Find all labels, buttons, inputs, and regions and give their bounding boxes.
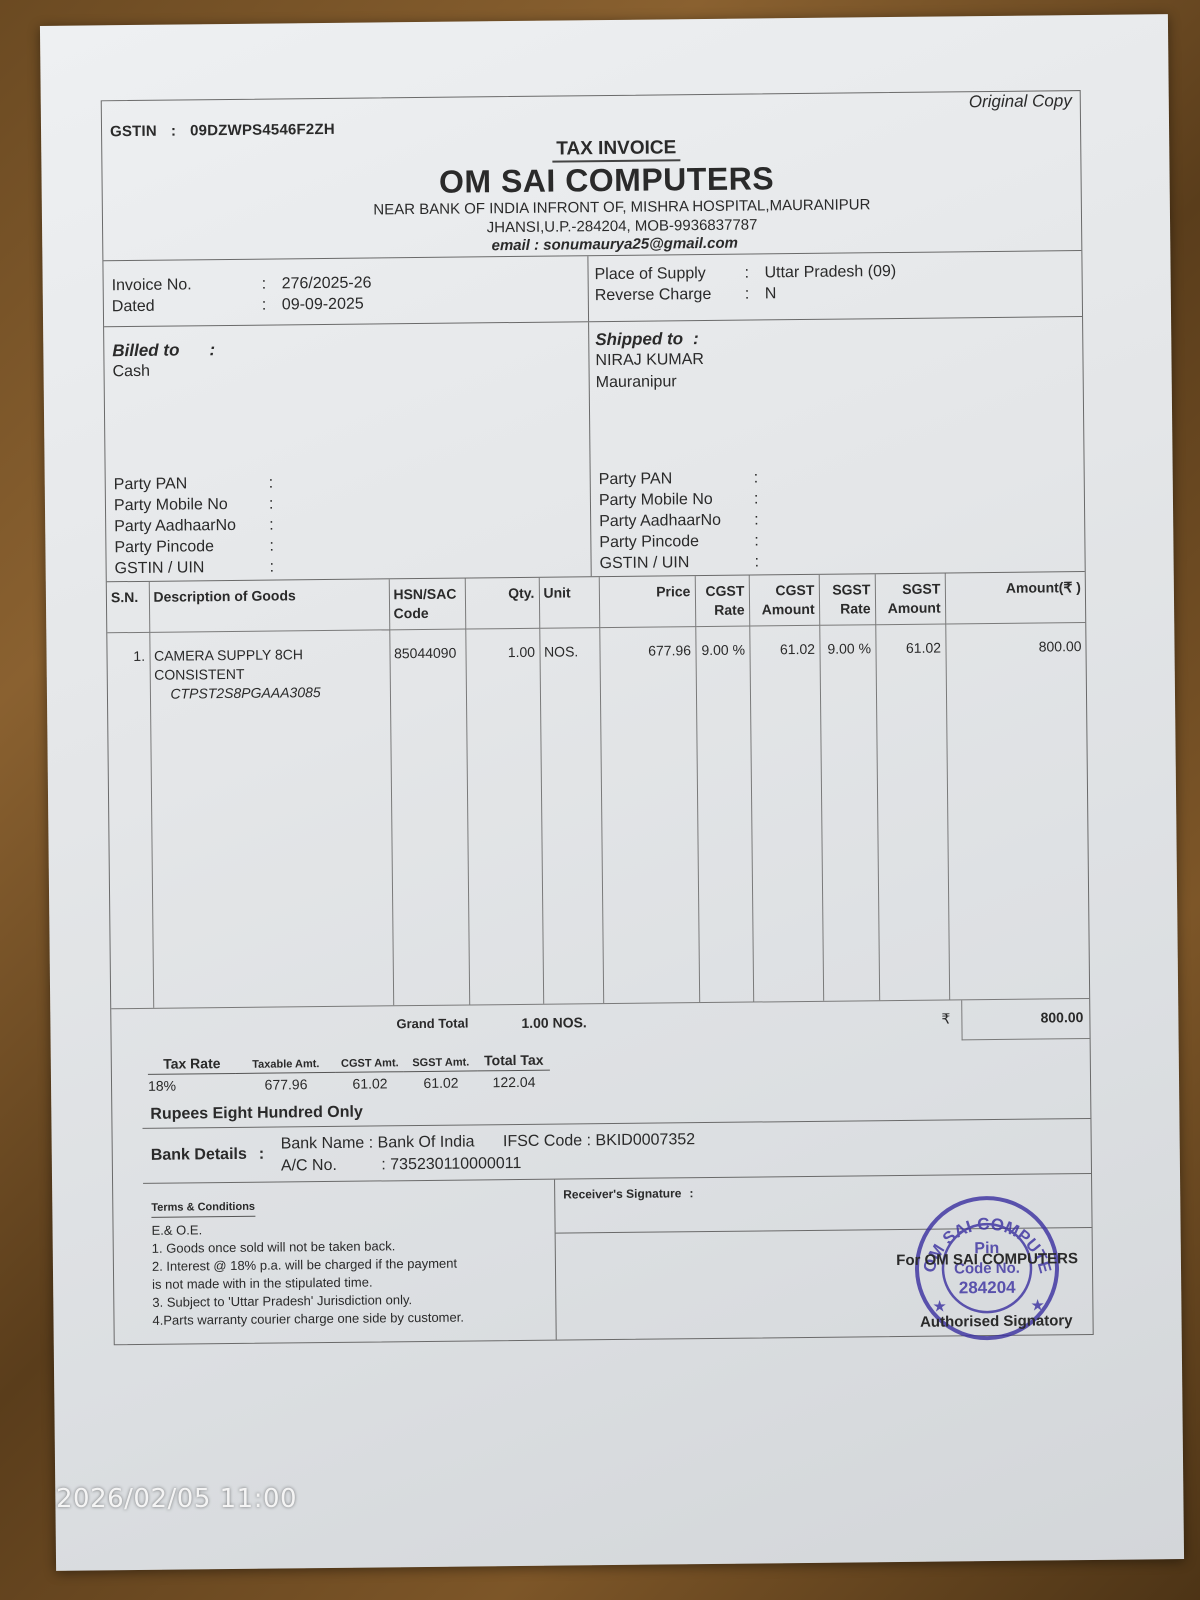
party-field: Party PAN: xyxy=(114,472,289,495)
table-row: 1. CAMERA SUPPLY 8CH CONSISTENT CTPST2S8… xyxy=(107,623,1089,1008)
party-field: Party Pincode: xyxy=(599,530,774,553)
col-price: Price xyxy=(599,576,696,628)
account-row: A/C No. : 735230110000011 xyxy=(281,1151,696,1177)
colon: : xyxy=(754,488,774,509)
colon: : xyxy=(754,509,774,530)
colon: : xyxy=(269,472,289,493)
col-sgst-rate: SGSTRate xyxy=(819,574,876,625)
col-unit: Unit xyxy=(539,577,600,628)
col-sn: S.N. xyxy=(107,582,150,633)
bank-details: Bank Details: Bank Name : Bank Of India … xyxy=(142,1118,1091,1184)
terms-list: 1. Goods once sold will not be taken bac… xyxy=(152,1235,548,1329)
grand-total-amount: 800.00 xyxy=(961,999,1089,1040)
authorised-signatory: Authorised Signatory xyxy=(920,1312,1073,1331)
item-price: 677.96 xyxy=(599,627,699,1003)
col-cgst-rate: CGSTRate xyxy=(695,576,750,627)
colon: : xyxy=(270,556,290,577)
col-cgst-amount: CGSTAmount xyxy=(749,575,820,626)
invoice-date-label: Dated xyxy=(112,295,262,318)
place-of-supply-label: Place of Supply xyxy=(594,263,744,286)
invoice-number-label: Invoice No. xyxy=(112,274,262,297)
gstin-label: GSTIN xyxy=(110,123,157,140)
item-unit: NOS. xyxy=(539,628,603,1004)
ifsc-code: BKID0007352 xyxy=(595,1131,695,1149)
invoice-meta-right: Place of Supply : Uttar Pradesh (09) Rev… xyxy=(588,251,1082,321)
party-field-label: Party Mobile No xyxy=(114,494,269,517)
rupee-icon: ₹ xyxy=(941,1010,950,1027)
party-field: Party Mobile No: xyxy=(599,488,774,511)
terms-item: 4.Parts warranty courier charge one side… xyxy=(152,1307,547,1329)
invoice-paper: GSTIN:09DZWPS4546F2ZH Original Copy TAX … xyxy=(40,14,1184,1571)
item-sgst-rate: 9.00 % xyxy=(819,625,879,1001)
colon: : xyxy=(744,262,764,283)
colon: : xyxy=(262,273,282,294)
party-field: Party AadhaarNo: xyxy=(599,509,774,532)
billed-to-fields: Party PAN:Party Mobile No:Party AadhaarN… xyxy=(114,472,290,579)
invoice-meta: Invoice No. : 276/2025-26 Dated : 09-09-… xyxy=(103,251,1082,327)
colon: : xyxy=(262,294,282,315)
item-serial: CTPST2S8PGAAA3085 xyxy=(154,682,385,703)
shipped-to-place: Mauranipur xyxy=(596,367,1077,394)
party-field: Party AadhaarNo: xyxy=(114,514,289,537)
colon: : xyxy=(693,329,699,348)
tax-summary-header: CGST Amt. xyxy=(336,1057,404,1073)
invoice-footer: Terms & Conditions E.& O.E. 1. Goods onc… xyxy=(143,1174,1093,1344)
bank-name: Bank Of India xyxy=(378,1133,475,1151)
invoice-number: 276/2025-26 xyxy=(282,272,372,294)
bank-lines: Bank Name : Bank Of India IFSC Code : BK… xyxy=(281,1129,696,1177)
amount-in-words: Rupees Eight Hundred Only xyxy=(150,1103,363,1123)
tax-summary-header: Taxable Amt. xyxy=(236,1057,336,1073)
invoice-header: GSTIN:09DZWPS4546F2ZH Original Copy TAX … xyxy=(102,91,1082,261)
item-cgst-rate: 9.00 % xyxy=(695,626,753,1002)
party-field-label: Party PAN xyxy=(599,467,754,490)
tax-summary-header: Total Tax xyxy=(478,1051,550,1071)
item-sgst-amount: 61.02 xyxy=(875,624,949,1000)
col-hsn: HSN/SACCode xyxy=(389,579,466,630)
col-qty: Qty. xyxy=(465,578,540,629)
gstin-value: 09DZWPS4546F2ZH xyxy=(190,121,335,140)
reverse-charge-label: Reverse Charge xyxy=(595,284,745,307)
reverse-charge: N xyxy=(765,283,777,304)
photo-timestamp: 2026/02/05 11:00 xyxy=(56,1484,297,1514)
shipped-to-fields: Party PAN:Party Mobile No:Party AadhaarN… xyxy=(599,467,775,574)
ifsc-label: IFSC Code : xyxy=(503,1132,591,1150)
billed-to-label: Billed to xyxy=(112,341,179,361)
grand-total-label: Grand Total xyxy=(396,1015,468,1031)
shipped-to-section: Shipped to: NIRAJ KUMAR Mauranipur Party… xyxy=(589,317,1085,576)
item-description-text: CAMERA SUPPLY 8CH CONSISTENT xyxy=(154,644,385,684)
gstin-sep: : xyxy=(171,123,176,140)
tax-summary-value: 61.02 xyxy=(336,1072,404,1092)
item-sn: 1. xyxy=(107,632,153,1007)
colon: : xyxy=(269,493,289,514)
colon: : xyxy=(269,514,289,535)
invoice-date-row: Dated : 09-09-2025 xyxy=(112,291,580,317)
bank-details-label: Bank Details: xyxy=(151,1145,265,1164)
item-hsn: 85044090 xyxy=(389,629,469,1005)
item-qty: 1.00 xyxy=(465,628,543,1004)
copy-label: Original Copy xyxy=(969,91,1072,112)
tax-summary-value: 18% xyxy=(148,1073,236,1093)
party-field-label: Party AadhaarNo xyxy=(114,515,269,538)
party-field-label: Party Pincode xyxy=(599,530,754,553)
bank-name-label: Bank Name : xyxy=(281,1134,374,1152)
party-field: GSTIN / UIN: xyxy=(115,556,290,579)
party-field-label: Party PAN xyxy=(114,473,269,496)
item-amount: 800.00 xyxy=(945,623,1089,999)
party-field-label: Party Mobile No xyxy=(599,488,754,511)
title-block: TAX INVOICE OM SAI COMPUTERS NEAR BANK O… xyxy=(102,133,1081,258)
item-description: CAMERA SUPPLY 8CH CONSISTENT CTPST2S8PGA… xyxy=(149,630,393,1007)
invoice-meta-left: Invoice No. : 276/2025-26 Dated : 09-09-… xyxy=(103,256,589,326)
party-field: Party Mobile No: xyxy=(114,493,289,516)
party-field-label: Party Pincode xyxy=(114,536,269,559)
colon: : xyxy=(745,283,765,304)
party-details: Billed to: Cash Party PAN:Party Mobile N… xyxy=(104,317,1085,582)
colon: : xyxy=(754,530,774,551)
place-of-supply: Uttar Pradesh (09) xyxy=(764,261,896,283)
tax-summary-value: 122.04 xyxy=(478,1070,550,1090)
colon: : xyxy=(754,467,774,488)
colon: : xyxy=(754,551,774,572)
billed-to-section: Billed to: Cash Party PAN:Party Mobile N… xyxy=(104,322,592,581)
invoice-date: 09-09-2025 xyxy=(282,294,364,316)
party-field: Party Pincode: xyxy=(114,535,289,558)
colon: : xyxy=(209,340,215,359)
reverse-charge-row: Reverse Charge : N xyxy=(595,280,1076,306)
item-cgst-amount: 61.02 xyxy=(749,625,823,1001)
invoice-sheet: GSTIN:09DZWPS4546F2ZH Original Copy TAX … xyxy=(101,90,1094,1345)
tax-summary-header: Tax Rate xyxy=(148,1054,236,1074)
seller-gstin: GSTIN:09DZWPS4546F2ZH xyxy=(110,121,335,140)
colon: : xyxy=(269,535,289,556)
grand-total-qty: 1.00 NOS. xyxy=(521,1014,587,1031)
party-field-label: GSTIN / UIN xyxy=(599,551,754,574)
col-description: Description of Goods xyxy=(149,579,390,632)
document-title: TAX INVOICE xyxy=(552,137,680,162)
col-sgst-amount: SGSTAmount xyxy=(875,574,946,625)
shipped-to-label: Shipped to xyxy=(595,329,683,349)
party-field-label: Party AadhaarNo xyxy=(599,509,754,532)
tax-summary: Tax RateTaxable Amt.CGST Amt.SGST Amt.To… xyxy=(112,1038,1091,1128)
bank-name-row: Bank Name : Bank Of India IFSC Code : BK… xyxy=(281,1129,696,1155)
signature-section: Receiver's Signature: OM SAI COMPUTERS P… xyxy=(555,1174,1093,1340)
items-table: S.N. Description of Goods HSN/SACCode Qt… xyxy=(107,572,1089,1008)
terms-title: Terms & Conditions xyxy=(151,1197,255,1217)
tax-summary-value: 677.96 xyxy=(236,1072,336,1092)
account-number: : 735230110000011 xyxy=(381,1154,521,1172)
for-company: For OM SAI COMPUTERS xyxy=(896,1250,1078,1269)
tax-summary-grid: Tax RateTaxable Amt.CGST Amt.SGST Amt.To… xyxy=(148,1051,550,1093)
col-amount: Amount(₹ ) xyxy=(945,572,1086,624)
party-field: GSTIN / UIN: xyxy=(599,551,774,574)
svg-text:284204: 284204 xyxy=(959,1277,1016,1297)
tax-summary-value: 61.02 xyxy=(404,1071,478,1091)
tax-summary-header: SGST Amt. xyxy=(404,1056,478,1072)
party-field-label: GSTIN / UIN xyxy=(115,557,270,580)
terms-section: Terms & Conditions E.& O.E. 1. Goods onc… xyxy=(143,1179,557,1343)
account-label: A/C No. xyxy=(281,1154,377,1177)
party-field: Party PAN: xyxy=(599,467,774,490)
